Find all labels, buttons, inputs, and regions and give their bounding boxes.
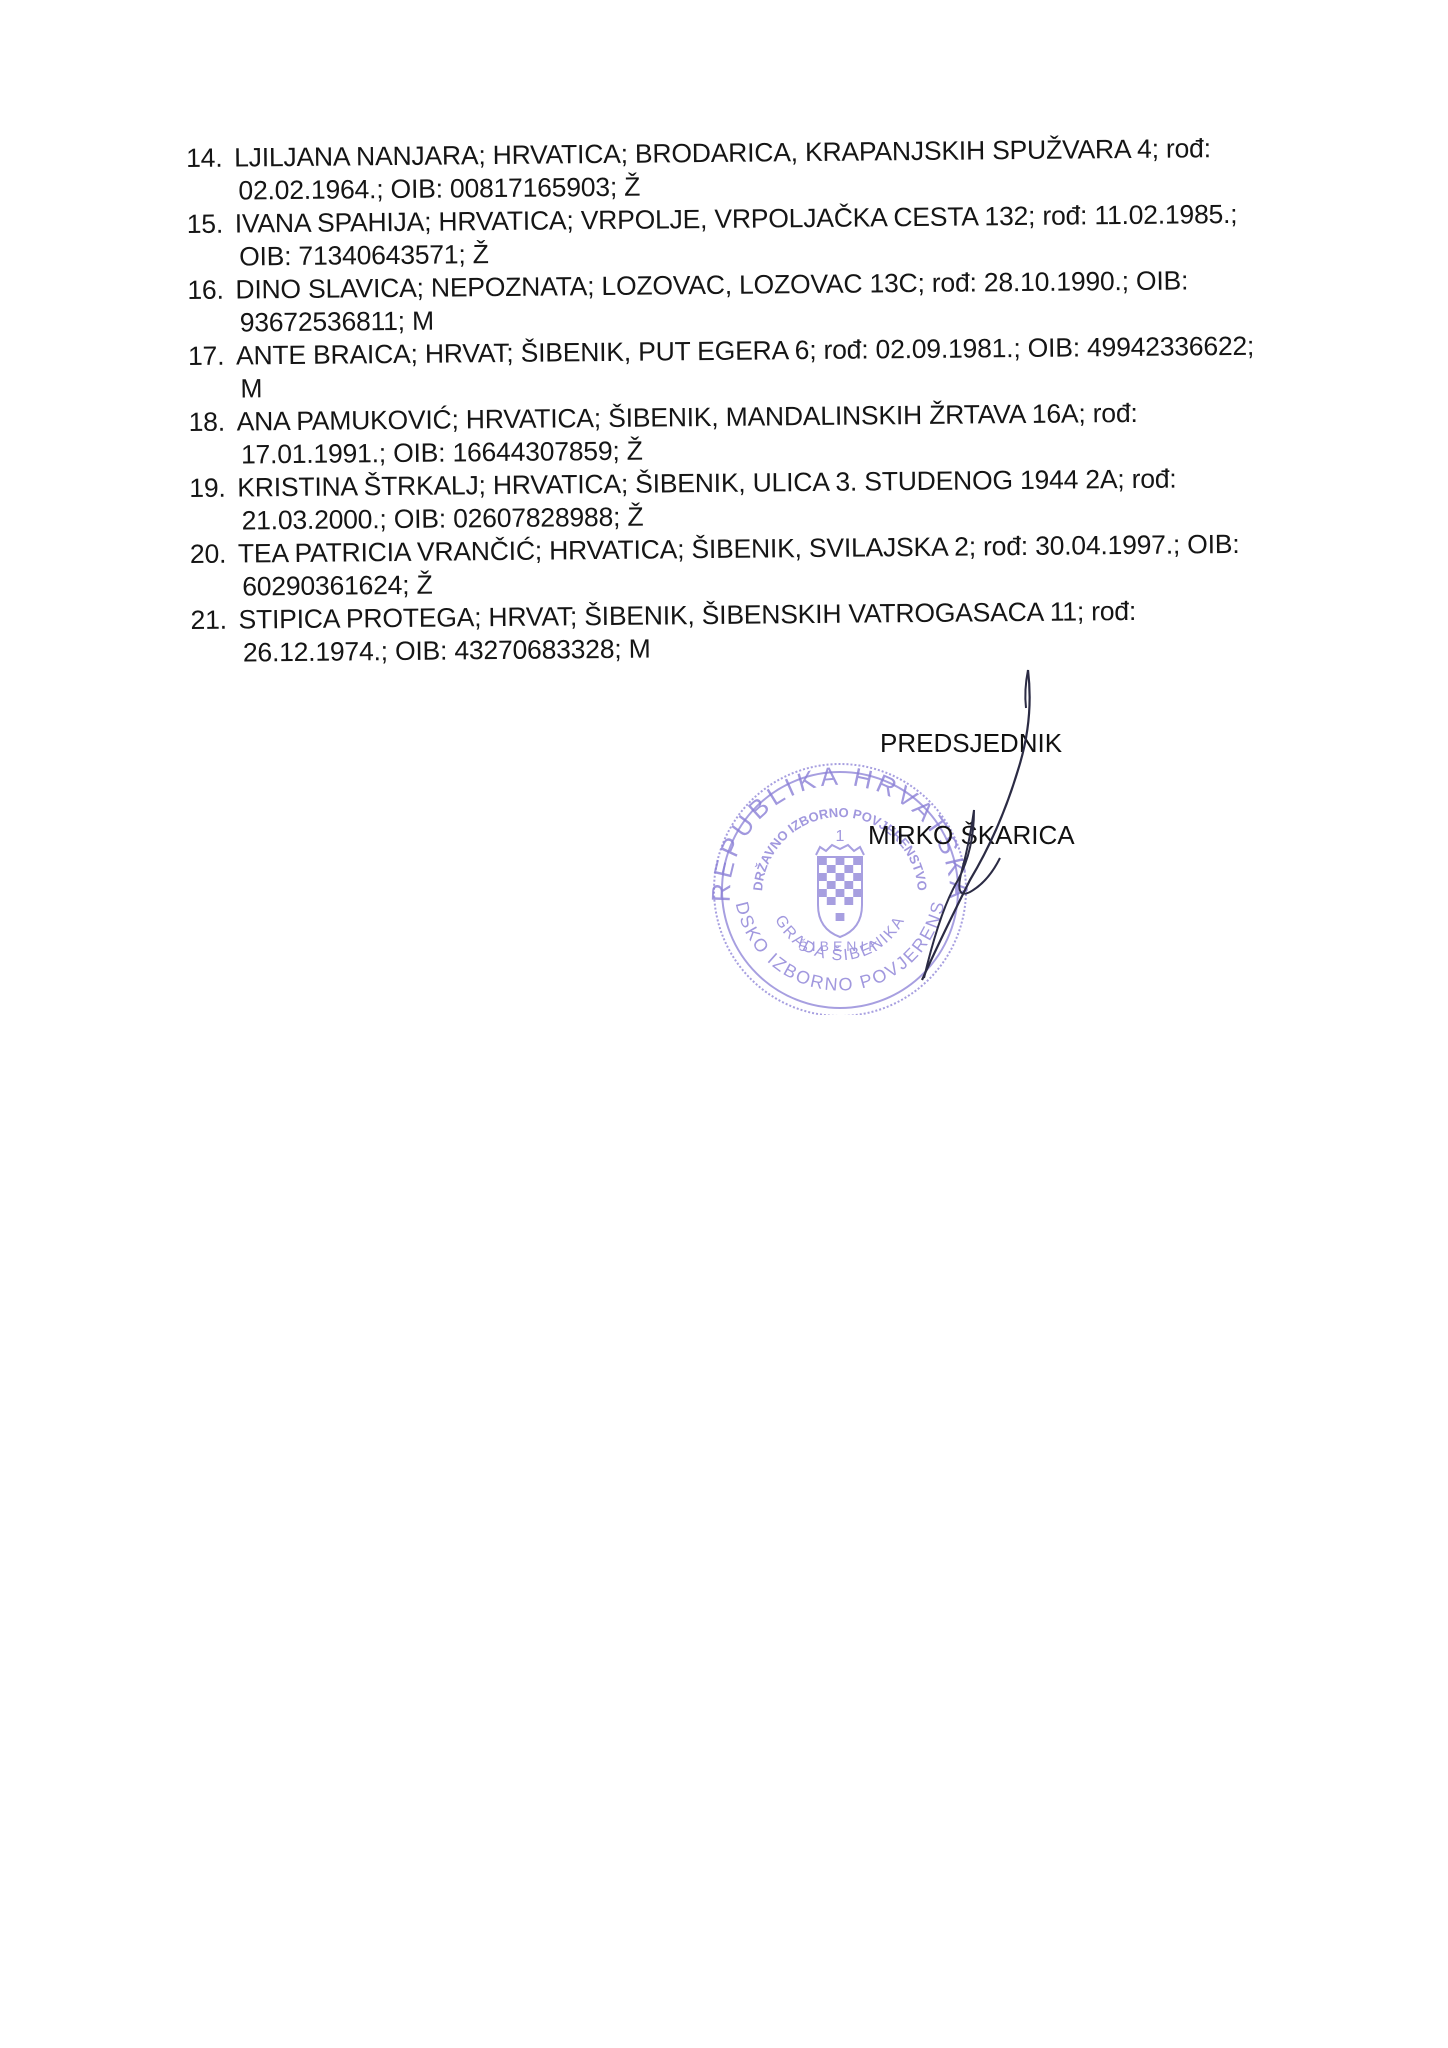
list-item: 19. KRISTINA ŠTRKALJ; HRVATICA; ŠIBENIK,…: [189, 461, 1300, 538]
item-number: 15.: [187, 208, 224, 241]
list-item: 15. IVANA SPAHIJA; HRVATICA; VRPOLJE, VR…: [187, 197, 1298, 274]
list-item: 14. LJILJANA NANJARA; HRVATICA; BRODARIC…: [186, 131, 1297, 208]
list-item: 18. ANA PAMUKOVIĆ; HRVATICA; ŠIBENIK, MA…: [189, 395, 1300, 472]
coat-of-arms-icon: [816, 845, 864, 937]
stamp-number: 1: [836, 828, 845, 845]
item-number: 19.: [189, 472, 226, 505]
document-page: 14. LJILJANA NANJARA; HRVATICA; BRODARIC…: [0, 0, 1448, 2048]
list-item: 21. STIPICA PROTEGA; HRVAT; ŠIBENIK, ŠIB…: [190, 593, 1301, 670]
item-number: 18.: [189, 406, 226, 439]
item-number: 17.: [188, 340, 225, 373]
list-item: 16. DINO SLAVICA; NEPOZNATA; LOZOVAC, LO…: [187, 263, 1298, 340]
list-item: 17. ANTE BRAICA; HRVAT; ŠIBENIK, PUT EGE…: [188, 329, 1299, 406]
stamp-city: ŠIBENIK: [798, 938, 881, 954]
list-item: 20. TEA PATRICIA VRANČIĆ; HRVATICA; ŠIBE…: [190, 527, 1301, 604]
item-number: 20.: [190, 538, 227, 571]
candidate-list: 14. LJILJANA NANJARA; HRVATICA; BRODARIC…: [186, 131, 1301, 670]
item-number: 16.: [187, 274, 224, 307]
item-number: 14.: [186, 142, 223, 175]
item-number: 21.: [190, 604, 227, 637]
handwritten-signature: [900, 660, 1060, 990]
